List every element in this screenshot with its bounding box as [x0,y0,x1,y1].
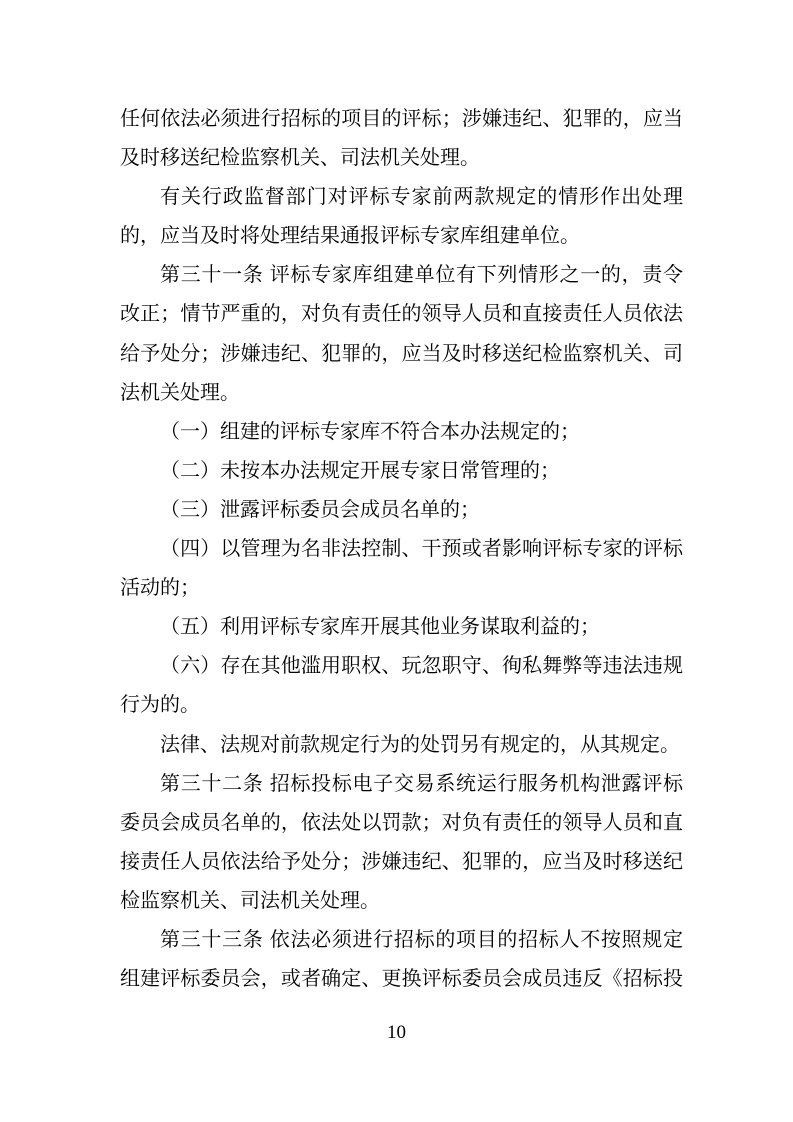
text-line: 第三十二条 招标投标电子交易系统运行服务机构泄露评标 [120,765,683,804]
text-line: 委员会成员名单的，依法处以罚款；对负有责任的领导人员和直 [120,804,683,843]
text-line: 的，应当及时将处理结果通报评标专家库组建单位。 [120,217,683,256]
text-line: （六）存在其他滥用职权、玩忽职守、徇私舞弊等违法违规 [120,647,683,686]
text-line: 第三十一条 评标专家库组建单位有下列情形之一的，责令 [120,256,683,295]
document-body: 任何依法必须进行招标的项目的评标；涉嫌违纪、犯罪的，应当及时移送纪检监察机关、司… [120,100,683,999]
text-line: 法律、法规对前款规定行为的处罚另有规定的，从其规定。 [120,726,683,765]
text-line: （四）以管理为名非法控制、干预或者影响评标专家的评标 [120,530,683,569]
text-line: 组建评标委员会，或者确定、更换评标委员会成员违反《招标投 [120,960,683,999]
text-line: 改正；情节严重的，对负有责任的领导人员和直接责任人员依法 [120,295,683,334]
text-line: 检监察机关、司法机关处理。 [120,882,683,921]
text-line: （二）未按本办法规定开展专家日常管理的； [120,452,683,491]
text-line: 接责任人员依法给予处分；涉嫌违纪、犯罪的，应当及时移送纪 [120,843,683,882]
text-line: 给予处分；涉嫌违纪、犯罪的，应当及时移送纪检监察机关、司 [120,335,683,374]
document-page: 任何依法必须进行招标的项目的评标；涉嫌违纪、犯罪的，应当及时移送纪检监察机关、司… [0,0,793,1122]
text-line: 有关行政监督部门对评标专家前两款规定的情形作出处理 [120,178,683,217]
text-line: 行为的。 [120,686,683,725]
text-line: 法机关处理。 [120,374,683,413]
text-line: 及时移送纪检监察机关、司法机关处理。 [120,139,683,178]
text-line: 任何依法必须进行招标的项目的评标；涉嫌违纪、犯罪的，应当 [120,100,683,139]
text-line: 活动的； [120,569,683,608]
page-number: 10 [0,1022,793,1044]
text-line: 第三十三条 依法必须进行招标的项目的招标人不按照规定 [120,921,683,960]
text-line: （五）利用评标专家库开展其他业务谋取利益的； [120,608,683,647]
text-line: （三）泄露评标委员会成员名单的； [120,491,683,530]
text-line: （一）组建的评标专家库不符合本办法规定的； [120,413,683,452]
